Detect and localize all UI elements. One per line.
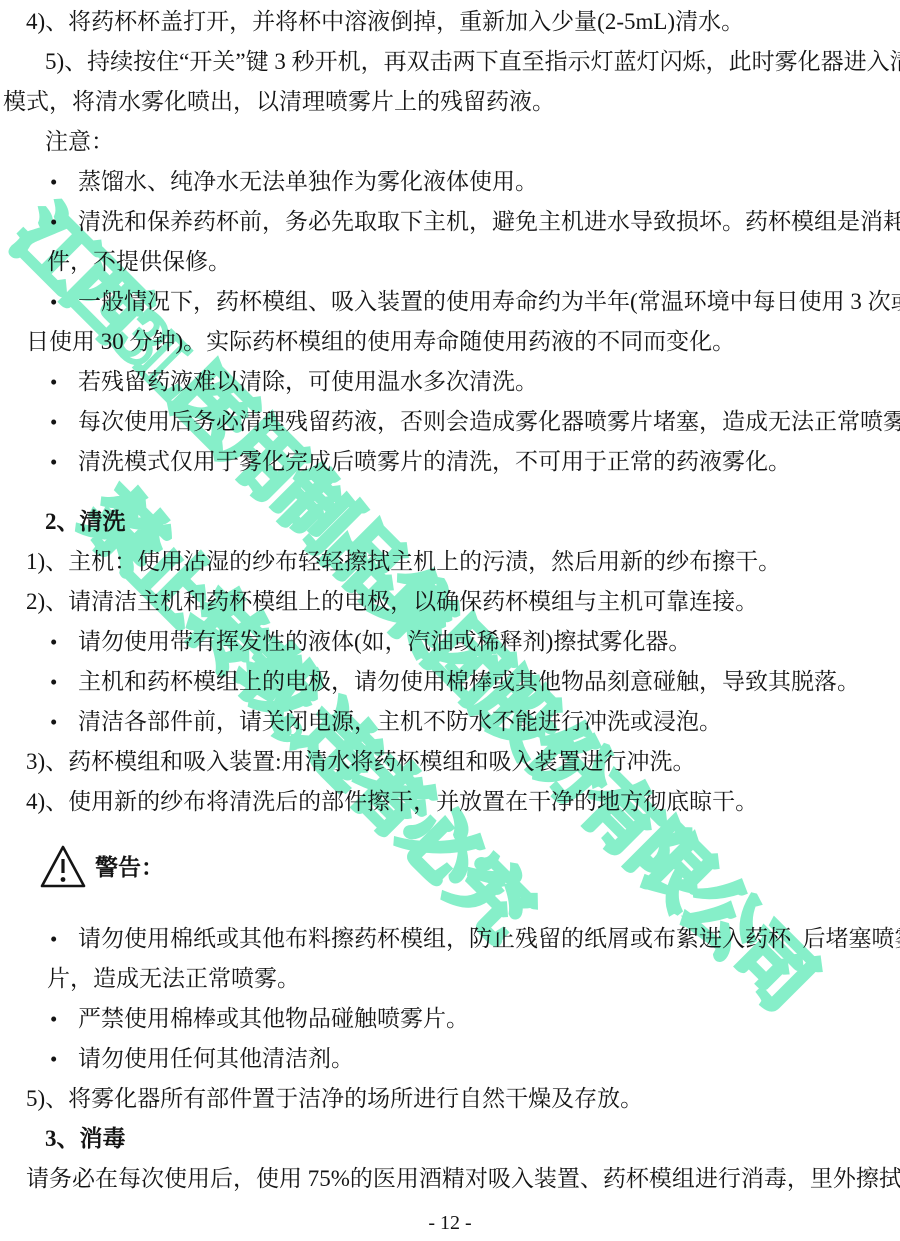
bullet-item: •蒸馏水、纯净水无法单独作为雾化液体使用。 bbox=[0, 162, 900, 202]
line-text: 请勿使用带有挥发性的液体(如，汽油或稀释剂)擦拭雾化器。 bbox=[78, 629, 691, 654]
bullet-marker: • bbox=[50, 1039, 57, 1079]
bullet-marker: • bbox=[50, 662, 57, 702]
line-text: 请务必在每次使用后，使用 75%的医用酒精对吸入装置、药杯模组进行消毒，里外擦拭… bbox=[26, 1166, 900, 1191]
text-line: 片，造成无法正常喷雾。 bbox=[0, 959, 900, 999]
warning-triangle-icon bbox=[40, 844, 86, 890]
text-line: 请务必在每次使用后，使用 75%的医用酒精对吸入装置、药杯模组进行消毒，里外擦拭… bbox=[0, 1159, 900, 1199]
line-text: 蒸馏水、纯净水无法单独作为雾化液体使用。 bbox=[78, 169, 538, 194]
bullet-marker: • bbox=[50, 622, 57, 662]
text-line: 5)、将雾化器所有部件置于洁净的场所进行自然干燥及存放。 bbox=[0, 1079, 900, 1119]
line-text: 每次使用后务必清理残留药液，否则会造成雾化器喷雾片堵塞，造成无法正常喷雾。 bbox=[78, 409, 900, 434]
line-text: 清洗模式仅用于雾化完成后喷雾片的清洗，不可用于正常的药液雾化。 bbox=[78, 449, 791, 474]
bullet-marker: • bbox=[50, 919, 57, 959]
bullet-item: •请勿使用棉纸或其他布料擦药杯模组，防止残留的纸屑或布絮进入药杯 后堵塞喷雾 bbox=[0, 919, 900, 959]
line-text: 严禁使用棉棒或其他物品碰触喷雾片。 bbox=[78, 1006, 469, 1031]
line-text: 3、消毒 bbox=[45, 1126, 126, 1151]
text-line: 注意： bbox=[0, 122, 900, 162]
line-text: 件，不提供保修。 bbox=[47, 249, 231, 274]
line-text: 3)、药杯模组和吸入装置:用清水将药杯模组和吸入装置进行冲洗。 bbox=[26, 749, 696, 774]
bullet-item: •请勿使用带有挥发性的液体(如，汽油或稀释剂)擦拭雾化器。 bbox=[0, 622, 900, 662]
line-text: 片，造成无法正常喷雾。 bbox=[47, 966, 300, 991]
bullet-marker: • bbox=[50, 362, 57, 402]
bullet-marker: • bbox=[50, 402, 57, 442]
line-text: 日使用 30 分钟)。实际药杯模组的使用寿命随使用药液的不同而变化。 bbox=[26, 329, 735, 354]
text-line: 1)、主机：使用沾湿的纱布轻轻擦拭主机上的污渍，然后用新的纱布擦干。 bbox=[0, 542, 900, 582]
text-line: 4)、使用新的纱布将清洗后的部件擦干，并放置在干净的地方彻底晾干。 bbox=[0, 782, 900, 822]
line-text: 5)、将雾化器所有部件置于洁净的场所进行自然干燥及存放。 bbox=[26, 1086, 643, 1111]
text-line: 3)、药杯模组和吸入装置:用清水将药杯模组和吸入装置进行冲洗。 bbox=[0, 742, 900, 782]
bullet-item: •主机和药杯模组上的电极，请勿使用棉棒或其他物品刻意碰触，导致其脱落。 bbox=[0, 662, 900, 702]
line-text: 4)、使用新的纱布将清洗后的部件擦干，并放置在干净的地方彻底晾干。 bbox=[26, 789, 758, 814]
bullet-item: •清洗模式仅用于雾化完成后喷雾片的清洗，不可用于正常的药液雾化。 bbox=[0, 442, 900, 482]
line-text: 2、清洗 bbox=[45, 509, 126, 534]
bullet-item: •一般情况下，药杯模组、吸入装置的使用寿命约为半年(常温环境中每日使用 3 次或… bbox=[0, 282, 900, 322]
spacer bbox=[0, 482, 900, 502]
warning-label: 警告： bbox=[0, 842, 900, 894]
document-body: 4)、将药杯杯盖打开，并将杯中溶液倒掉，重新加入少量(2-5mL)清水。5)、持… bbox=[0, 0, 900, 1241]
line-text: 2)、请清洁主机和药杯模组上的电极，以确保药杯模组与主机可靠连接。 bbox=[26, 589, 758, 614]
text-line: 2)、请清洁主机和药杯模组上的电极，以确保药杯模组与主机可靠连接。 bbox=[0, 582, 900, 622]
bullet-item: •请勿使用任何其他清洁剂。 bbox=[0, 1039, 900, 1079]
text-line: 5)、持续按住“开关”键 3 秒开机，再双击两下直至指示灯蓝灯闪烁，此时雾化器进… bbox=[0, 42, 900, 82]
section-heading: 2、清洗 bbox=[0, 502, 900, 542]
line-text: 清洁各部件前，请关闭电源，主机不防水不能进行冲洗或浸泡。 bbox=[78, 709, 722, 734]
bullet-marker: • bbox=[50, 282, 57, 322]
bullet-item: •严禁使用棉棒或其他物品碰触喷雾片。 bbox=[0, 999, 900, 1039]
bullet-item: •清洁各部件前，请关闭电源，主机不防水不能进行冲洗或浸泡。 bbox=[0, 702, 900, 742]
bullet-item: •清洗和保养药杯前，务必先取取下主机，避免主机进水导致损坏。药杯模组是消耗部 bbox=[0, 202, 900, 242]
line-text: 注意： bbox=[45, 129, 114, 154]
line-text: 4)、将药杯杯盖打开，并将杯中溶液倒掉，重新加入少量(2-5mL)清水。 bbox=[26, 9, 744, 34]
line-text: 主机和药杯模组上的电极，请勿使用棉棒或其他物品刻意碰触，导致其脱落。 bbox=[78, 669, 860, 694]
bullet-item: •若残留药液难以清除，可使用温水多次清洗。 bbox=[0, 362, 900, 402]
text-line: 件，不提供保修。 bbox=[0, 242, 900, 282]
bullet-item: •每次使用后务必清理残留药液，否则会造成雾化器喷雾片堵塞，造成无法正常喷雾。 bbox=[0, 402, 900, 442]
text-line: 4)、将药杯杯盖打开，并将杯中溶液倒掉，重新加入少量(2-5mL)清水。 bbox=[0, 2, 900, 42]
line-text: 若残留药液难以清除，可使用温水多次清洗。 bbox=[78, 369, 538, 394]
line-text: 请勿使用棉纸或其他布料擦药杯模组，防止残留的纸屑或布絮进入药杯 后堵塞喷雾 bbox=[78, 926, 900, 951]
text-line: 模式，将清水雾化喷出，以清理喷雾片上的残留药液。 bbox=[0, 82, 900, 122]
page-number: - 12 - bbox=[0, 1212, 900, 1235]
bullet-marker: • bbox=[50, 999, 57, 1039]
bullet-marker: • bbox=[50, 702, 57, 742]
section-heading: 3、消毒 bbox=[0, 1119, 900, 1159]
bullet-marker: • bbox=[50, 162, 57, 202]
line-text: 5)、持续按住“开关”键 3 秒开机，再双击两下直至指示灯蓝灯闪烁，此时雾化器进… bbox=[45, 49, 900, 74]
line-text: 一般情况下，药杯模组、吸入装置的使用寿命约为半年(常温环境中每日使用 3 次或每 bbox=[78, 289, 900, 314]
spacer bbox=[0, 894, 900, 919]
text-line: 日使用 30 分钟)。实际药杯模组的使用寿命随使用药液的不同而变化。 bbox=[0, 322, 900, 362]
bullet-marker: • bbox=[50, 442, 57, 482]
line-text: 清洗和保养药杯前，务必先取取下主机，避免主机进水导致损坏。药杯模组是消耗部 bbox=[78, 209, 900, 234]
line-text: 请勿使用任何其他清洁剂。 bbox=[78, 1046, 354, 1071]
line-text: 模式，将清水雾化喷出，以清理喷雾片上的残留药液。 bbox=[3, 89, 555, 114]
bullet-marker: • bbox=[50, 202, 57, 242]
line-text: 1)、主机：使用沾湿的纱布轻轻擦拭主机上的污渍，然后用新的纱布擦干。 bbox=[26, 549, 781, 574]
